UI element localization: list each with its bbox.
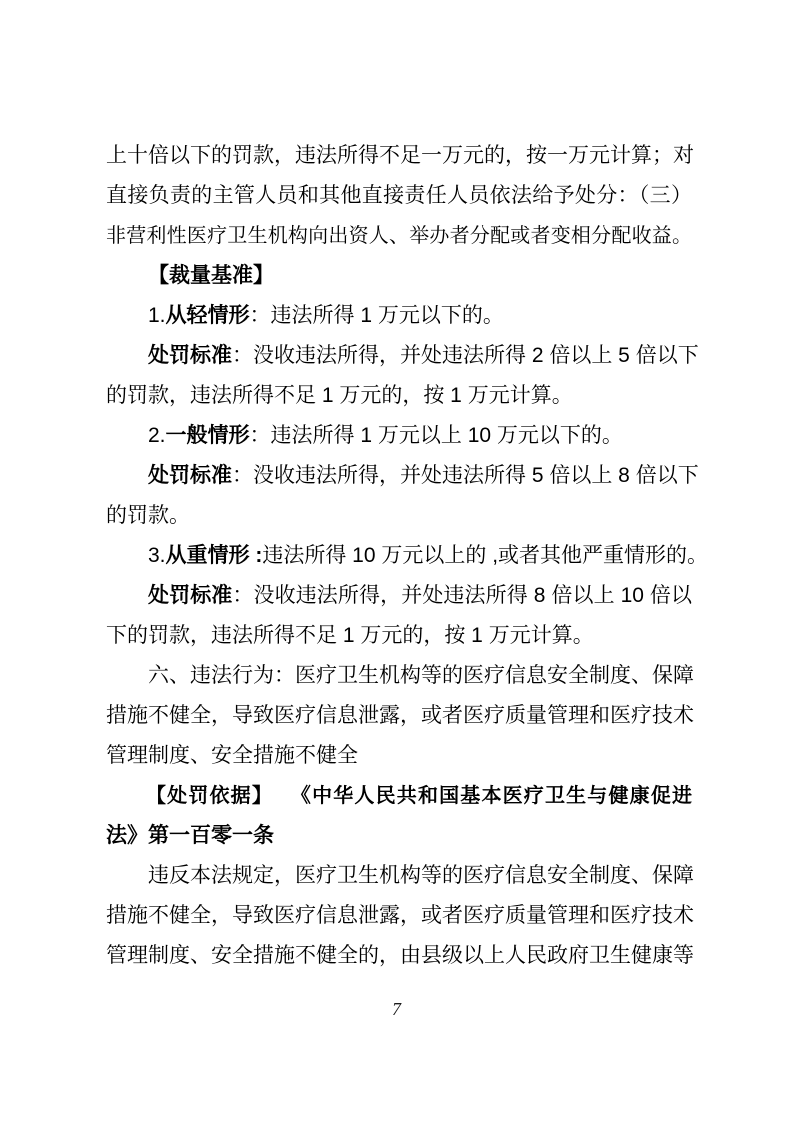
text-line: 2.一般情形：违法所得 1 万元以上 10 万元以下的。 [106, 416, 692, 456]
text-run: ：没收违法所得，并处违法所得 8 倍以上 10 倍以 [232, 584, 692, 607]
text-run: 管理制度、安全措施不健全 [106, 744, 358, 767]
text-run: 六、违法行为：医疗卫生机构等的医疗信息安全制度、保障 [148, 664, 694, 687]
text-run-bold: 处罚标准 [148, 584, 232, 607]
document-page: 上十倍以下的罚款，违法所得不足一万元的，按一万元计算；对 直接负责的主管人员和其… [0, 0, 793, 1122]
text-line: 管理制度、安全措施不健全 [106, 736, 692, 776]
text-line: 下的罚款，违法所得不足 1 万元的，按 1 万元计算。 [106, 616, 692, 656]
text-run: 措施不健全，导致医疗信息泄露，或者医疗质量管理和医疗技术 [106, 904, 694, 927]
text-line-heading: 【处罚依据】 《中华人民共和国基本医疗卫生与健康促进 [106, 776, 692, 816]
text-run-bold: 处罚标准 [148, 344, 232, 367]
text-line-heading: 法》第一百零一条 [106, 816, 692, 856]
text-line: 1.从轻情形：违法所得 1 万元以下的。 [106, 296, 692, 336]
text-run: ：没收违法所得，并处违法所得 5 倍以上 8 倍以下 [232, 464, 699, 487]
text-run-bold: 法》第一百零一条 [106, 824, 274, 847]
text-line: 措施不健全，导致医疗信息泄露，或者医疗质量管理和医疗技术 [106, 696, 692, 736]
text-run: 的罚款，违法所得不足 1 万元的，按 1 万元计算。 [106, 384, 573, 407]
document-body: 上十倍以下的罚款，违法所得不足一万元的，按一万元计算；对 直接负责的主管人员和其… [106, 136, 692, 976]
text-run: 下的罚款，违法所得不足 1 万元的，按 1 万元计算。 [106, 624, 594, 647]
text-run: 的罚款。 [106, 504, 190, 527]
text-run-bold: 从重情形 : [166, 544, 263, 567]
text-line: 措施不健全，导致医疗信息泄露，或者医疗质量管理和医疗技术 [106, 896, 692, 936]
text-run: 2. [148, 424, 166, 447]
text-run-bold: 一般情形 [166, 424, 250, 447]
text-run: ：没收违法所得，并处违法所得 2 倍以上 5 倍以下 [232, 344, 699, 367]
text-line: 处罚标准：没收违法所得，并处违法所得 5 倍以上 8 倍以下 [106, 456, 692, 496]
text-run-bold: 【处罚依据】 《中华人民共和国基本医疗卫生与健康促进 [146, 785, 692, 807]
text-run: 管理制度、安全措施不健全的，由县级以上人民政府卫生健康等 [106, 944, 694, 967]
text-line: 上十倍以下的罚款，违法所得不足一万元的，按一万元计算；对 [106, 136, 692, 176]
text-line: 非营利性医疗卫生机构向出资人、举办者分配或者变相分配收益。 [106, 216, 692, 256]
text-run-bold: 从轻情形 [166, 304, 250, 327]
text-line: 的罚款。 [106, 496, 692, 536]
text-run: 直接负责的主管人员和其他直接责任人员依法给予处分：（三） [106, 184, 692, 207]
text-run: 上十倍以下的罚款，违法所得不足一万元的，按一万元计算；对 [106, 144, 694, 167]
text-run-bold: 处罚标准 [148, 464, 232, 487]
text-line: 直接负责的主管人员和其他直接责任人员依法给予处分：（三） [106, 176, 692, 216]
text-run: ：违法所得 1 万元以下的。 [250, 304, 504, 327]
text-line: 处罚标准：没收违法所得，并处违法所得 8 倍以上 10 倍以 [106, 576, 692, 616]
text-run: 违反本法规定，医疗卫生机构等的医疗信息安全制度、保障 [148, 864, 694, 887]
text-run: 1. [148, 304, 166, 327]
text-line: 处罚标准：没收违法所得，并处违法所得 2 倍以上 5 倍以下 [106, 336, 692, 376]
text-line-heading: 【裁量基准】 [106, 256, 692, 296]
page-number: 7 [0, 997, 793, 1021]
text-line: 违反本法规定，医疗卫生机构等的医疗信息安全制度、保障 [106, 856, 692, 896]
text-run: 措施不健全，导致医疗信息泄露，或者医疗质量管理和医疗技术 [106, 704, 694, 727]
text-run: 非营利性医疗卫生机构向出资人、举办者分配或者变相分配收益。 [106, 225, 692, 247]
text-line: 3.从重情形 :违法所得 10 万元以上的 ,或者其他严重情形的。 [106, 536, 692, 576]
text-run-bold: 【裁量基准】 [148, 264, 274, 287]
text-run: 违法所得 10 万元以上的 ,或者其他严重情形的。 [262, 544, 708, 567]
text-line: 的罚款，违法所得不足 1 万元的，按 1 万元计算。 [106, 376, 692, 416]
text-line: 管理制度、安全措施不健全的，由县级以上人民政府卫生健康等 [106, 936, 692, 976]
text-run: ：违法所得 1 万元以上 10 万元以下的。 [250, 424, 623, 447]
text-run: 3. [148, 544, 166, 567]
text-line: 六、违法行为：医疗卫生机构等的医疗信息安全制度、保障 [106, 656, 692, 696]
